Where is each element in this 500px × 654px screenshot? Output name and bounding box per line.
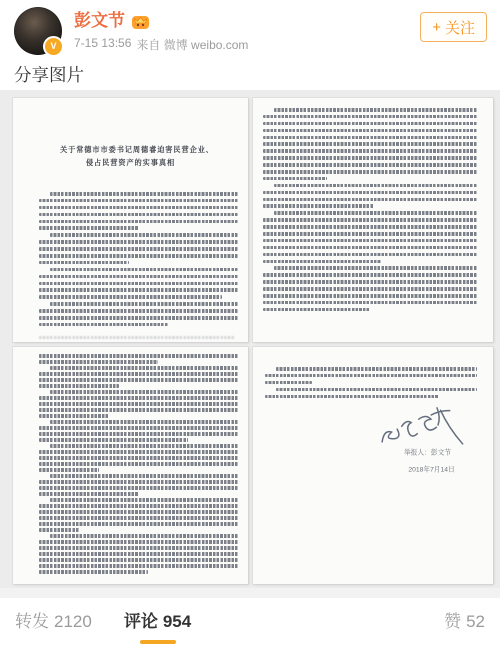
document-page-2 <box>253 98 493 342</box>
document-body-text <box>39 192 238 330</box>
user-meta: 彭文节 7-15 13:56 来自 微博 weibo.com <box>74 11 248 53</box>
active-tab-indicator <box>140 640 176 644</box>
document-body-text <box>265 367 477 401</box>
reposts-label: 转发 <box>15 611 49 633</box>
document-page-4: 举报人：彭文节 2018年7月14日 <box>253 347 493 584</box>
tab-likes[interactable]: 赞52 <box>444 611 485 633</box>
weibo-post-screen: V 彭文节 7-15 13:56 来自 微博 weibo.com <box>0 0 500 654</box>
section-separator <box>0 588 500 598</box>
post-text: 分享图片 <box>14 63 84 87</box>
avatar[interactable]: V <box>14 7 62 55</box>
source-app[interactable]: 来自 微博 weibo.com <box>136 36 248 53</box>
faded-text-line <box>39 336 234 339</box>
document-date: 2018年7月14日 <box>409 464 455 474</box>
document-title-line-2: 侵占民营资产的实事真相 <box>60 157 201 165</box>
document-page-3 <box>13 347 248 584</box>
follow-button-label: 关注 <box>445 17 475 38</box>
plus-icon: + <box>432 19 441 36</box>
document-title-line-1: 关于常德市市委书记周德睿迫害民营企业、 <box>60 144 201 152</box>
engagement-tabbar: 转发2120 评论954 赞52 <box>0 598 500 654</box>
username[interactable]: 彭文节 <box>74 11 125 31</box>
post-meta: 7-15 13:56 来自 微博 weibo.com <box>74 36 248 53</box>
signer-name: 举报人：彭文节 <box>404 447 451 457</box>
document-title: 关于常德市市委书记周德睿迫害民营企业、 侵占民营资产的实事真相 <box>13 144 248 170</box>
document-page-1: 关于常德市市委书记周德睿迫害民营企业、 侵占民营资产的实事真相 <box>13 98 248 342</box>
attached-document-photo[interactable]: 关于常德市市委书记周德睿迫害民营企业、 侵占民营资产的实事真相 <box>0 90 500 588</box>
follow-button[interactable]: + 关注 <box>420 12 487 42</box>
likes-label: 赞 <box>444 611 461 633</box>
verified-badge-icon: V <box>43 36 64 57</box>
comments-count: 954 <box>163 611 191 633</box>
post-header: V 彭文节 7-15 13:56 来自 微博 weibo.com <box>0 0 500 62</box>
document-body-text <box>263 108 477 315</box>
vip-crown-icon <box>131 13 150 30</box>
timestamp: 7-15 13:56 <box>74 36 131 53</box>
likes-count: 52 <box>466 611 485 633</box>
reposts-count: 2120 <box>54 611 92 633</box>
tab-reposts[interactable]: 转发2120 <box>15 611 92 633</box>
comments-label: 评论 <box>124 611 158 633</box>
document-body-text <box>39 354 238 576</box>
tab-comments[interactable]: 评论954 <box>124 611 191 644</box>
